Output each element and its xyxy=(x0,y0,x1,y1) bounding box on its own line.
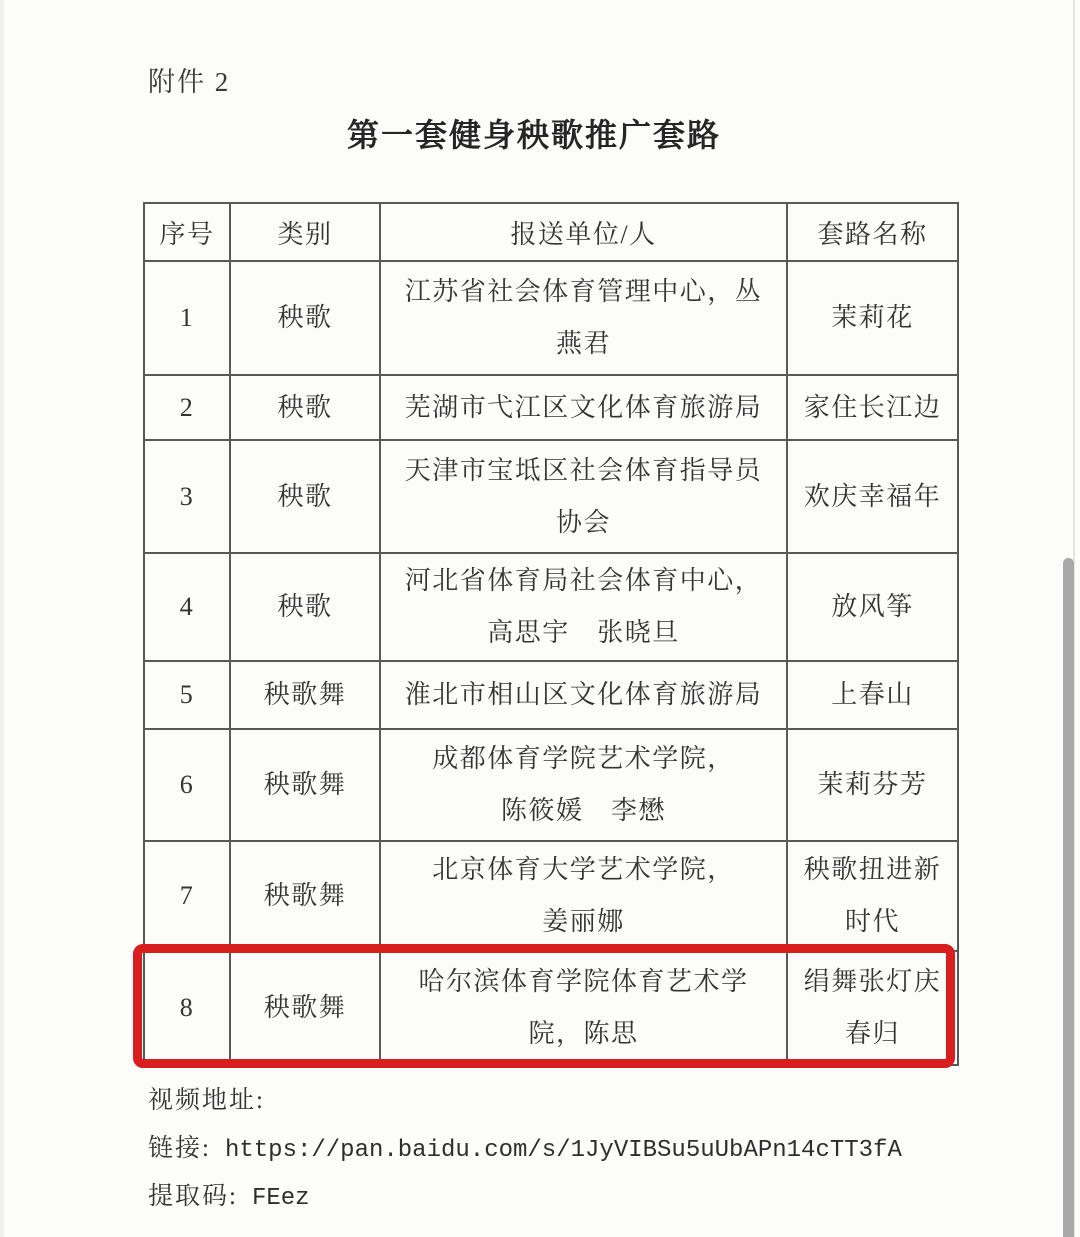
cell-serial: 7 xyxy=(144,841,230,951)
cell-unit: 哈尔滨体育学院体育艺术学院，陈思 xyxy=(380,951,787,1065)
extraction-code-line: 提取码: FEez xyxy=(148,1176,902,1206)
table-header: 序号类别报送单位/人套路名称 xyxy=(144,203,958,261)
column-header-unit: 报送单位/人 xyxy=(380,203,787,261)
cell-category: 秧歌舞 xyxy=(230,951,380,1065)
cell-serial: 3 xyxy=(144,440,230,553)
cell-routine-name: 欢庆幸福年 xyxy=(787,440,958,553)
cell-unit: 江苏省社会体育管理中心，丛燕君 xyxy=(380,261,787,375)
table-row-5: 5秧歌舞淮北市相山区文化体育旅游局上春山 xyxy=(144,661,958,729)
footer-block: 视频地址: 链接: https://pan.baidu.com/s/1JyVIB… xyxy=(148,1080,902,1224)
baidu-pan-link: https://pan.baidu.com/s/1JyVIBSu5uUbAPn1… xyxy=(225,1137,902,1164)
cell-serial: 6 xyxy=(144,729,230,841)
cell-serial: 4 xyxy=(144,553,230,661)
cell-unit: 淮北市相山区文化体育旅游局 xyxy=(380,661,787,729)
table-row-8: 8秧歌舞哈尔滨体育学院体育艺术学院，陈思绢舞张灯庆春归 xyxy=(144,951,958,1065)
cell-unit: 北京体育大学艺术学院，姜丽娜 xyxy=(380,841,787,951)
cell-routine-name: 家住长江边 xyxy=(787,375,958,440)
cell-routine-name: 茉莉芬芳 xyxy=(787,729,958,841)
cell-routine-name: 秧歌扭进新时代 xyxy=(787,841,958,951)
cell-serial: 1 xyxy=(144,261,230,375)
link-line: 链接: https://pan.baidu.com/s/1JyVIBSu5uUb… xyxy=(148,1128,902,1158)
cell-routine-name: 茉莉花 xyxy=(787,261,958,375)
cell-category: 秧歌 xyxy=(230,553,380,661)
table-row-1: 1秧歌江苏省社会体育管理中心，丛燕君茉莉花 xyxy=(144,261,958,375)
cell-category: 秧歌舞 xyxy=(230,729,380,841)
page-left-edge xyxy=(0,0,4,1237)
cell-routine-name: 上春山 xyxy=(787,661,958,729)
column-header-routine-name: 套路名称 xyxy=(787,203,958,261)
extraction-code-value: FEez xyxy=(252,1185,310,1212)
link-label: 链接: xyxy=(148,1128,211,1164)
scrollbar-thumb[interactable] xyxy=(1063,558,1074,1237)
cell-serial: 5 xyxy=(144,661,230,729)
cell-routine-name: 绢舞张灯庆春归 xyxy=(787,951,958,1065)
table-row-6: 6秧歌舞成都体育学院艺术学院，陈筱媛 李懋茉莉芬芳 xyxy=(144,729,958,841)
table-row-3: 3秧歌天津市宝坻区社会体育指导员协会欢庆幸福年 xyxy=(144,440,958,553)
video-address-label: 视频地址: xyxy=(148,1080,265,1116)
cell-serial: 2 xyxy=(144,375,230,440)
cell-unit: 芜湖市弋江区文化体育旅游局 xyxy=(380,375,787,440)
cell-serial: 8 xyxy=(144,951,230,1065)
cell-category: 秧歌 xyxy=(230,375,380,440)
routine-table: 序号类别报送单位/人套路名称 1秧歌江苏省社会体育管理中心，丛燕君茉莉花2秧歌芜… xyxy=(143,202,959,1066)
column-header-category: 类别 xyxy=(230,203,380,261)
table-row-2: 2秧歌芜湖市弋江区文化体育旅游局家住长江边 xyxy=(144,375,958,440)
table-header-row: 序号类别报送单位/人套路名称 xyxy=(144,203,958,261)
extraction-code-label: 提取码: xyxy=(148,1176,238,1212)
cell-category: 秧歌舞 xyxy=(230,661,380,729)
cell-category: 秧歌 xyxy=(230,440,380,553)
cell-unit: 天津市宝坻区社会体育指导员协会 xyxy=(380,440,787,553)
cell-unit: 成都体育学院艺术学院，陈筱媛 李懋 xyxy=(380,729,787,841)
video-address-line: 视频地址: xyxy=(148,1080,902,1110)
attachment-label: 附件 2 xyxy=(148,60,230,99)
page-title: 第一套健身秧歌推广套路 xyxy=(0,110,1068,156)
cell-category: 秧歌舞 xyxy=(230,841,380,951)
table-row-4: 4秧歌河北省体育局社会体育中心，高思宇 张晓旦放风筝 xyxy=(144,553,958,661)
table-row-7: 7秧歌舞北京体育大学艺术学院，姜丽娜秧歌扭进新时代 xyxy=(144,841,958,951)
cell-routine-name: 放风筝 xyxy=(787,553,958,661)
cell-unit: 河北省体育局社会体育中心，高思宇 张晓旦 xyxy=(380,553,787,661)
cell-category: 秧歌 xyxy=(230,261,380,375)
table-body: 1秧歌江苏省社会体育管理中心，丛燕君茉莉花2秧歌芜湖市弋江区文化体育旅游局家住长… xyxy=(144,261,958,1065)
column-header-serial: 序号 xyxy=(144,203,230,261)
